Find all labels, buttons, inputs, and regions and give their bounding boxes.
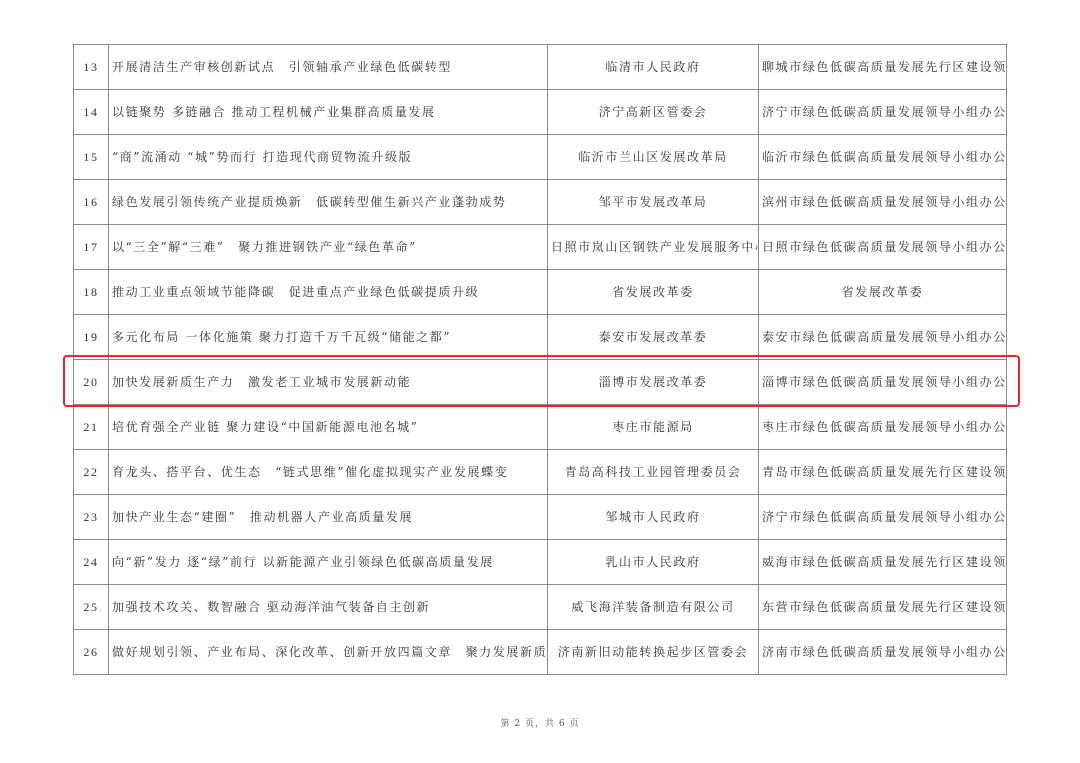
row-number: 19 — [74, 315, 109, 360]
row-number: 15 — [74, 135, 109, 180]
submitting-org: 临清市人民政府 — [548, 45, 759, 90]
row-number: 25 — [74, 585, 109, 630]
submitting-org: 枣庄市能源局 — [548, 405, 759, 450]
case-title: 开展清洁生产审核创新试点 引领轴承产业绿色低碳转型 — [109, 45, 548, 90]
table-row: 13 开展清洁生产审核创新试点 引领轴承产业绿色低碳转型 临清市人民政府 聊城市… — [74, 45, 1007, 90]
table-row: 25 加强技术攻关、数智融合 驱动海洋油气装备自主创新 威飞海洋装备制造有限公司… — [74, 585, 1007, 630]
recommending-unit: 枣庄市绿色低碳高质量发展领导小组办公室 — [759, 405, 1007, 450]
recommending-unit: 淄博市绿色低碳高质量发展领导小组办公室 — [759, 360, 1007, 405]
case-title: 加快发展新质生产力 激发老工业城市发展新动能 — [109, 360, 548, 405]
submitting-org: 邹平市发展改革局 — [548, 180, 759, 225]
submitting-org: 邹城市人民政府 — [548, 495, 759, 540]
submitting-org: 乳山市人民政府 — [548, 540, 759, 585]
recommending-unit: 滨州市绿色低碳高质量发展领导小组办公室 — [759, 180, 1007, 225]
submitting-org: 省发展改革委 — [548, 270, 759, 315]
case-title: 向“新”发力 逐“绿”前行 以新能源产业引领绿色低碳高质量发展 — [109, 540, 548, 585]
recommending-unit: 省发展改革委 — [759, 270, 1007, 315]
submitting-org: 临沂市兰山区发展改革局 — [548, 135, 759, 180]
case-title: “商”流涌动 “城”势而行 打造现代商贸物流升级版 — [109, 135, 548, 180]
case-title: 加强技术攻关、数智融合 驱动海洋油气装备自主创新 — [109, 585, 548, 630]
case-title: 做好规划引领、产业布局、深化改革、创新开放四篇文章 聚力发展新质生产力 — [109, 630, 548, 675]
case-title: 育龙头、搭平台、优生态 “链式思维”催化虚拟现实产业发展蝶变 — [109, 450, 548, 495]
table-row: 24 向“新”发力 逐“绿”前行 以新能源产业引领绿色低碳高质量发展 乳山市人民… — [74, 540, 1007, 585]
row-number: 22 — [74, 450, 109, 495]
table-row: 26 做好规划引领、产业布局、深化改革、创新开放四篇文章 聚力发展新质生产力 济… — [74, 630, 1007, 675]
recommending-unit: 东营市绿色低碳高质量发展先行区建设领导小组办公室 — [759, 585, 1007, 630]
table-row: 15 “商”流涌动 “城”势而行 打造现代商贸物流升级版 临沂市兰山区发展改革局… — [74, 135, 1007, 180]
recommending-unit: 威海市绿色低碳高质量发展先行区建设领导小组办公室 — [759, 540, 1007, 585]
recommending-unit: 日照市绿色低碳高质量发展领导小组办公室 — [759, 225, 1007, 270]
case-title: 推动工业重点领域节能降碳 促进重点产业绿色低碳提质升级 — [109, 270, 548, 315]
case-list-table: 13 开展清洁生产审核创新试点 引领轴承产业绿色低碳转型 临清市人民政府 聊城市… — [73, 44, 1007, 675]
recommending-unit: 泰安市绿色低碳高质量发展领导小组办公室 — [759, 315, 1007, 360]
recommending-unit: 临沂市绿色低碳高质量发展领导小组办公室 — [759, 135, 1007, 180]
page-footer: 第 2 页，共 6 页 — [0, 716, 1080, 729]
table-row: 17 以“三全”解“三难” 聚力推进钢铁产业“绿色革命” 日照市岚山区钢铁产业发… — [74, 225, 1007, 270]
recommending-unit: 聊城市绿色低碳高质量发展先行区建设领导小组办公室 — [759, 45, 1007, 90]
recommending-unit: 济南市绿色低碳高质量发展领导小组办公室 — [759, 630, 1007, 675]
case-title: 培优育强全产业链 聚力建设“中国新能源电池名城” — [109, 405, 548, 450]
submitting-org: 泰安市发展改革委 — [548, 315, 759, 360]
document-page: 13 开展清洁生产审核创新试点 引领轴承产业绿色低碳转型 临清市人民政府 聊城市… — [0, 0, 1080, 763]
row-number: 23 — [74, 495, 109, 540]
submitting-org: 日照市岚山区钢铁产业发展服务中心 — [548, 225, 759, 270]
row-number: 18 — [74, 270, 109, 315]
table-row: 20 加快发展新质生产力 激发老工业城市发展新动能 淄博市发展改革委 淄博市绿色… — [74, 360, 1007, 405]
case-title: 加快产业生态“建圈” 推动机器人产业高质量发展 — [109, 495, 548, 540]
row-number: 26 — [74, 630, 109, 675]
row-number: 21 — [74, 405, 109, 450]
row-number: 14 — [74, 90, 109, 135]
case-title: 绿色发展引领传统产业提质焕新 低碳转型催生新兴产业蓬勃成势 — [109, 180, 548, 225]
recommending-unit: 青岛市绿色低碳高质量发展先行区建设领导小组办公室 — [759, 450, 1007, 495]
case-title: 以链聚势 多链融合 推动工程机械产业集群高质量发展 — [109, 90, 548, 135]
submitting-org: 淄博市发展改革委 — [548, 360, 759, 405]
submitting-org: 济南新旧动能转换起步区管委会 — [548, 630, 759, 675]
row-number: 24 — [74, 540, 109, 585]
row-number: 20 — [74, 360, 109, 405]
table-row: 16 绿色发展引领传统产业提质焕新 低碳转型催生新兴产业蓬勃成势 邹平市发展改革… — [74, 180, 1007, 225]
row-number: 17 — [74, 225, 109, 270]
table-row: 21 培优育强全产业链 聚力建设“中国新能源电池名城” 枣庄市能源局 枣庄市绿色… — [74, 405, 1007, 450]
row-number: 13 — [74, 45, 109, 90]
recommending-unit: 济宁市绿色低碳高质量发展领导小组办公室 — [759, 90, 1007, 135]
table-row: 22 育龙头、搭平台、优生态 “链式思维”催化虚拟现实产业发展蝶变 青岛高科技工… — [74, 450, 1007, 495]
recommending-unit: 济宁市绿色低碳高质量发展领导小组办公室 — [759, 495, 1007, 540]
table-row: 18 推动工业重点领域节能降碳 促进重点产业绿色低碳提质升级 省发展改革委 省发… — [74, 270, 1007, 315]
case-title: 多元化布局 一体化施策 聚力打造千万千瓦级“储能之都” — [109, 315, 548, 360]
row-number: 16 — [74, 180, 109, 225]
table-row: 19 多元化布局 一体化施策 聚力打造千万千瓦级“储能之都” 泰安市发展改革委 … — [74, 315, 1007, 360]
table-row: 23 加快产业生态“建圈” 推动机器人产业高质量发展 邹城市人民政府 济宁市绿色… — [74, 495, 1007, 540]
submitting-org: 青岛高科技工业园管理委员会 — [548, 450, 759, 495]
submitting-org: 威飞海洋装备制造有限公司 — [548, 585, 759, 630]
submitting-org: 济宁高新区管委会 — [548, 90, 759, 135]
table-row: 14 以链聚势 多链融合 推动工程机械产业集群高质量发展 济宁高新区管委会 济宁… — [74, 90, 1007, 135]
case-title: 以“三全”解“三难” 聚力推进钢铁产业“绿色革命” — [109, 225, 548, 270]
